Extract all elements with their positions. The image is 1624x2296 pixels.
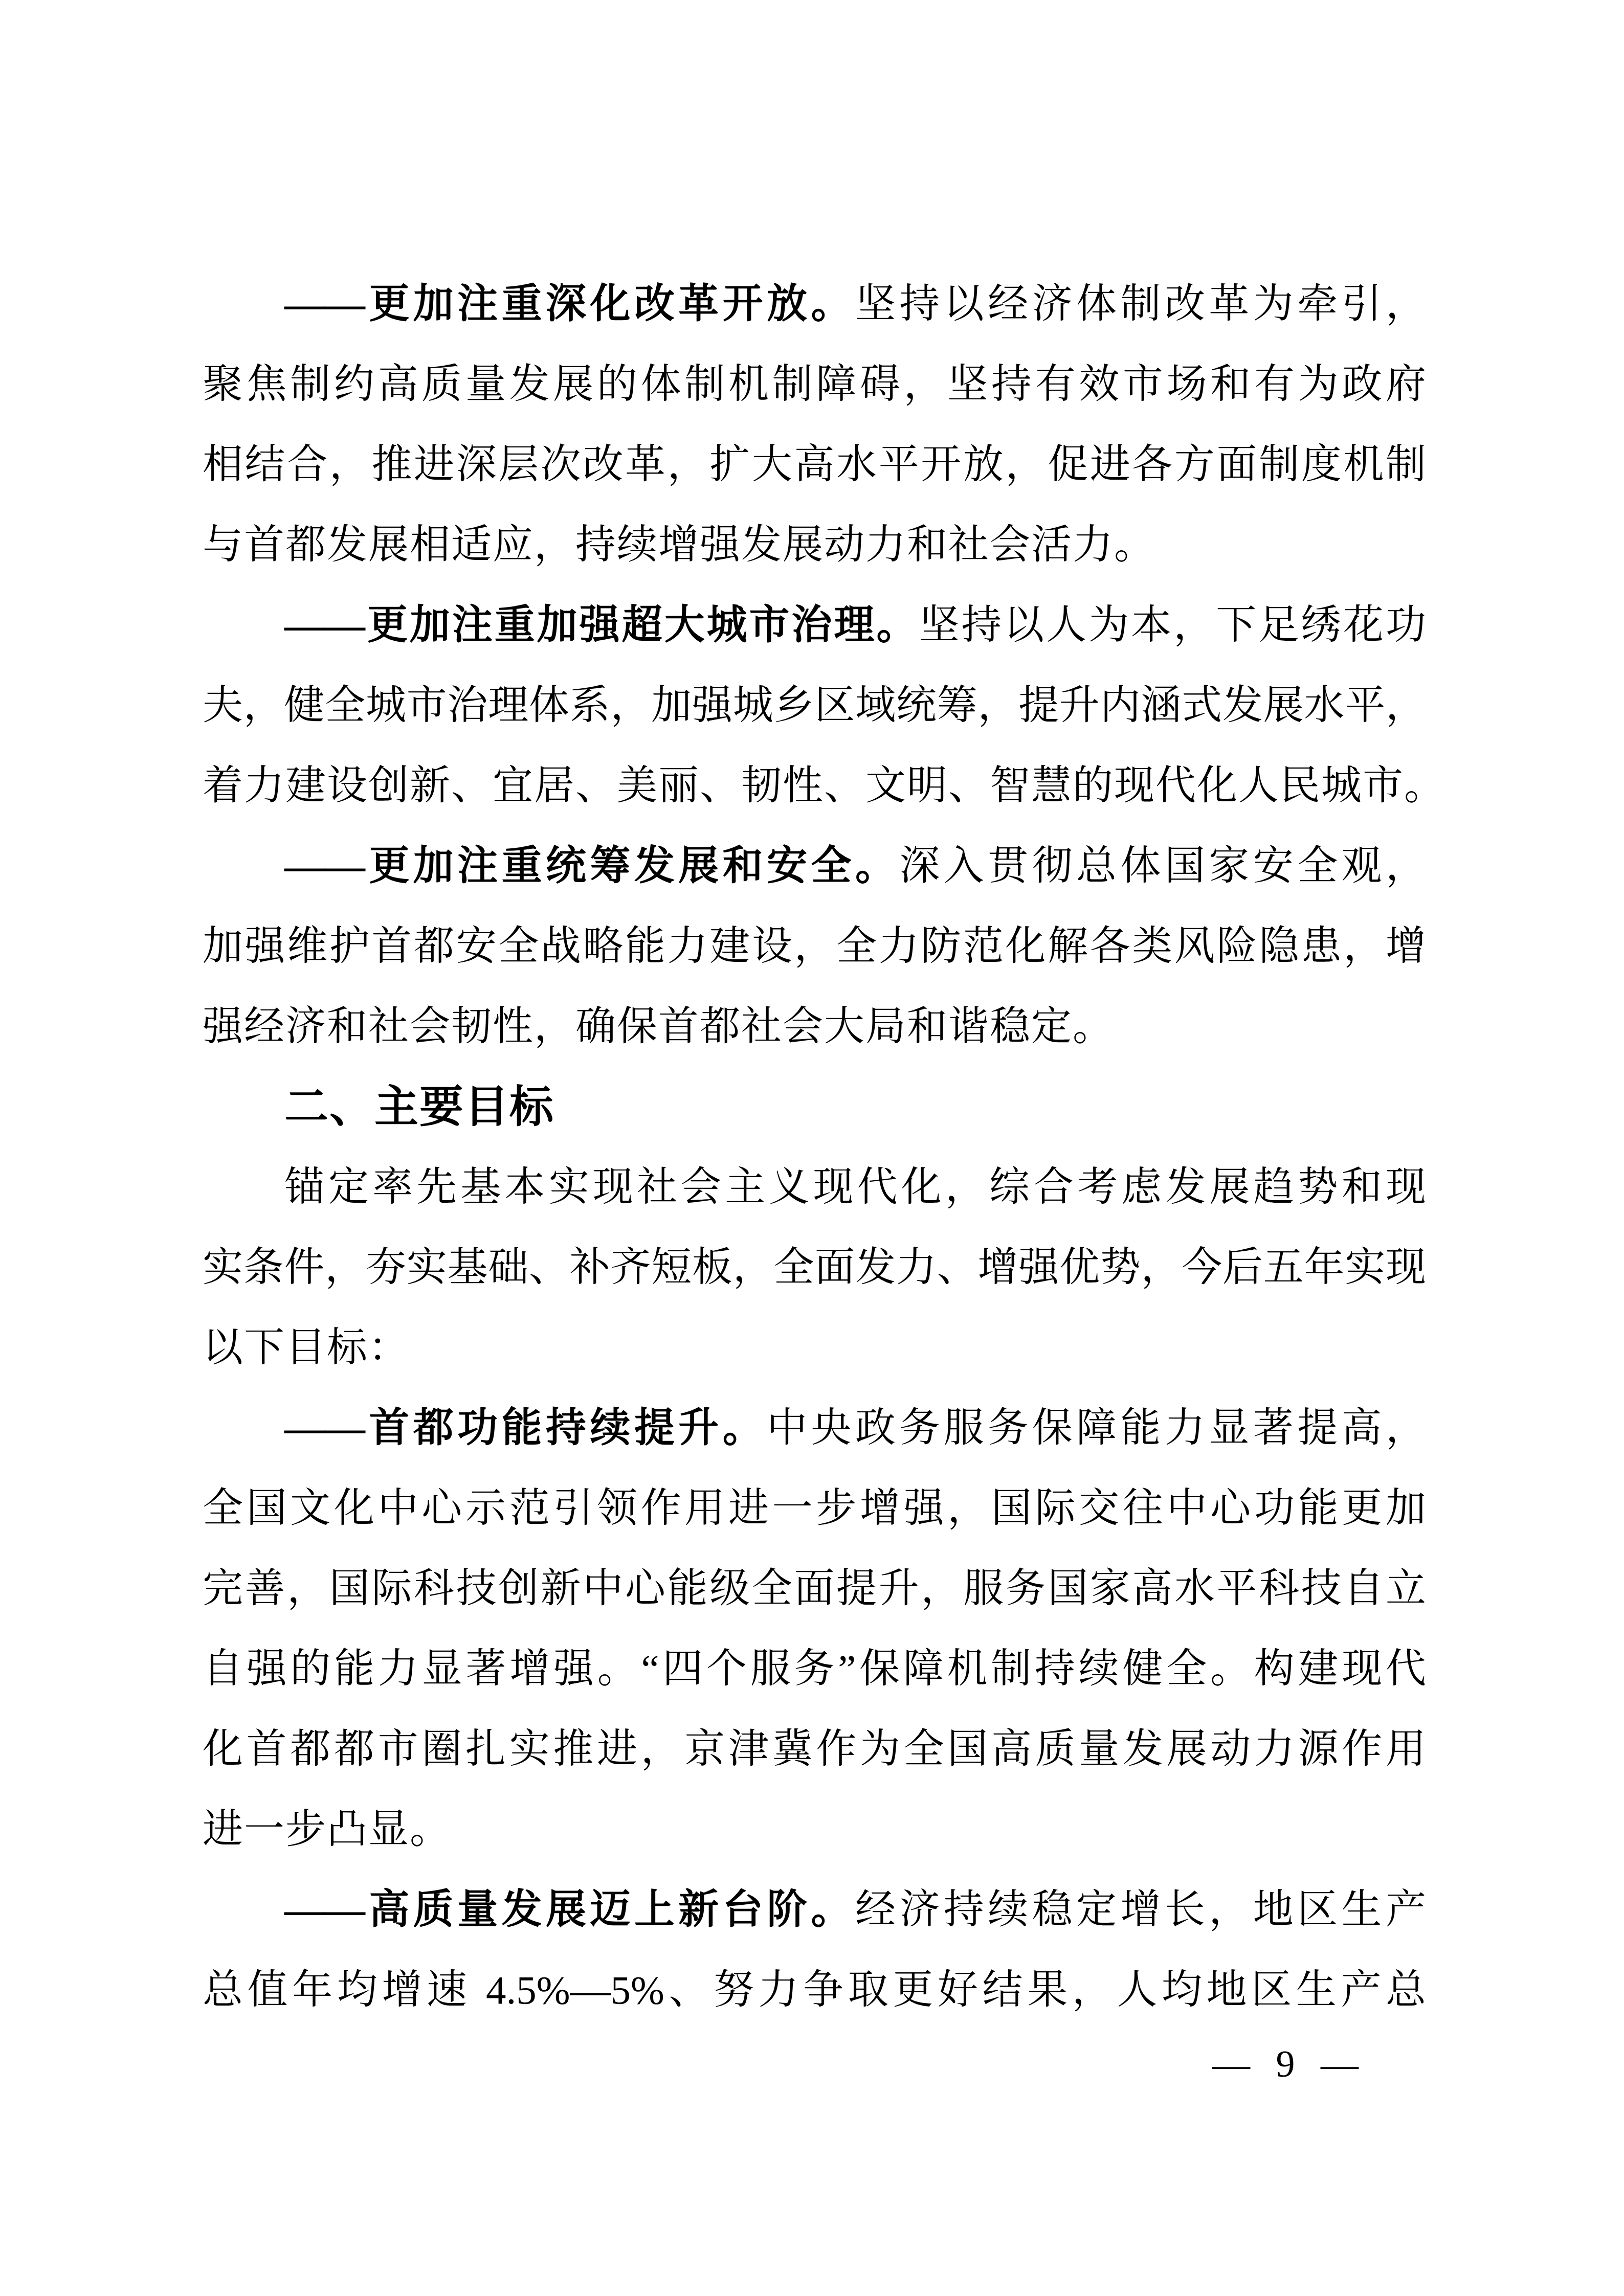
text-line: 自强的能力显著增强。“四个服务”保障机制持续健全。构建现代	[203, 1629, 1426, 1709]
section-heading: 二、主要目标	[203, 1067, 1426, 1147]
text-line: ——更加注重加强超大城市治理。坚持以人为本，下足绣花功	[203, 586, 1426, 666]
body-text: 深入贯彻总体国家安全观，	[899, 844, 1426, 889]
emphasis-text: 二、主要目标	[284, 1083, 554, 1132]
body-text: 聚焦制约高质量发展的体制机制障碍，坚持有效市场和有为政府	[203, 363, 1426, 407]
text-line: 锚定率先基本实现社会主义现代化，综合考虑发展趋势和现	[203, 1147, 1426, 1228]
body-text: 自强的能力显著增强。“四个服务”保障机制持续健全。构建现代	[203, 1647, 1426, 1692]
body-text: 强经济和社会韧性，确保首都社会大局和谐稳定。	[203, 1005, 1114, 1049]
text-line: 着力建设创新、宜居、美丽、韧性、文明、智慧的现代化人民城市。	[203, 746, 1426, 826]
text-line: 与首都发展相适应，持续增强发展动力和社会活力。	[203, 505, 1426, 586]
text-line: 聚焦制约高质量发展的体制机制障碍，坚持有效市场和有为政府	[203, 345, 1426, 425]
text-line: 夫，健全城市治理体系，加强城乡区域统筹，提升内涵式发展水平，	[203, 666, 1426, 746]
body-text: 完善，国际科技创新中心能级全面提升，服务国家高水平科技自立	[203, 1567, 1426, 1611]
text-line: 完善，国际科技创新中心能级全面提升，服务国家高水平科技自立	[203, 1549, 1426, 1629]
emphasis-text: ——更加注重统筹发展和安全。	[284, 844, 899, 889]
body-text: 加强维护首都安全战略能力建设，全力防范化解各类风险隐患，增	[203, 925, 1426, 969]
body-text: 与首都发展相适应，持续增强发展动力和社会活力。	[203, 523, 1155, 568]
body-text: 夫，健全城市治理体系，加强城乡区域统筹，提升内涵式发展水平，	[203, 684, 1426, 728]
emphasis-text: ——高质量发展迈上新台阶。	[284, 1888, 855, 1932]
body-text: 相结合，推进深层次改革，扩大高水平开放，促进各方面制度机制	[203, 443, 1426, 487]
body-text: 全国文化中心示范引领作用进一步增强，国际交往中心功能更加	[203, 1487, 1426, 1531]
text-line: 化首都都市圈扎实推进，京津冀作为全国高质量发展动力源作用	[203, 1709, 1426, 1790]
text-line: ——更加注重深化改革开放。坚持以经济体制改革为牵引，	[203, 264, 1426, 345]
document-page: ——更加注重深化改革开放。坚持以经济体制改革为牵引，聚焦制约高质量发展的体制机制…	[0, 0, 1624, 2296]
text-line: 加强维护首都安全战略能力建设，全力防范化解各类风险隐患，增	[203, 907, 1426, 987]
body-text: 化首都都市圈扎实推进，京津冀作为全国高质量发展动力源作用	[203, 1727, 1426, 1772]
body-text: 中央政务服务保障能力显著提高，	[767, 1406, 1426, 1451]
text-line: 以下目标：	[203, 1308, 1426, 1388]
document-body: ——更加注重深化改革开放。坚持以经济体制改革为牵引，聚焦制约高质量发展的体制机制…	[203, 264, 1426, 2031]
body-text: 实条件，夯实基础、补齐短板，全面发力、增强优势，今后五年实现	[203, 1246, 1426, 1290]
text-line: 全国文化中心示范引领作用进一步增强，国际交往中心功能更加	[203, 1469, 1426, 1549]
body-text: 坚持以人为本，下足绣花功	[919, 603, 1426, 648]
text-line: 总值年均增速 4.5%—5%、努力争取更好结果，人均地区生产总	[203, 1950, 1426, 2031]
body-text: 锚定率先基本实现社会主义现代化，综合考虑发展趋势和现	[284, 1165, 1426, 1210]
body-text: 着力建设创新、宜居、美丽、韧性、文明、智慧的现代化人民城市。	[203, 764, 1445, 808]
body-text: 经济持续稳定增长，地区生产	[855, 1888, 1426, 1932]
body-text: 进一步凸显。	[203, 1808, 451, 1852]
emphasis-text: ——首都功能持续提升。	[284, 1406, 767, 1451]
emphasis-text: ——更加注重深化改革开放。	[284, 282, 855, 327]
text-line: ——高质量发展迈上新台阶。经济持续稳定增长，地区生产	[203, 1870, 1426, 1950]
emphasis-text: ——更加注重加强超大城市治理。	[284, 603, 919, 648]
text-line: 强经济和社会韧性，确保首都社会大局和谐稳定。	[203, 987, 1426, 1067]
body-text: 以下目标：	[203, 1326, 410, 1370]
text-line: ——更加注重统筹发展和安全。深入贯彻总体国家安全观，	[203, 826, 1426, 907]
text-line: ——首都功能持续提升。中央政务服务保障能力显著提高，	[203, 1388, 1426, 1469]
text-line: 进一步凸显。	[203, 1790, 1426, 1870]
page-number: — 9 —	[1212, 2045, 1367, 2083]
body-text: 坚持以经济体制改革为牵引，	[855, 282, 1426, 327]
text-line: 相结合，推进深层次改革，扩大高水平开放，促进各方面制度机制	[203, 425, 1426, 505]
text-line: 实条件，夯实基础、补齐短板，全面发力、增强优势，今后五年实现	[203, 1228, 1426, 1308]
body-text: 总值年均增速 4.5%—5%、努力争取更好结果，人均地区生产总	[203, 1968, 1426, 2013]
